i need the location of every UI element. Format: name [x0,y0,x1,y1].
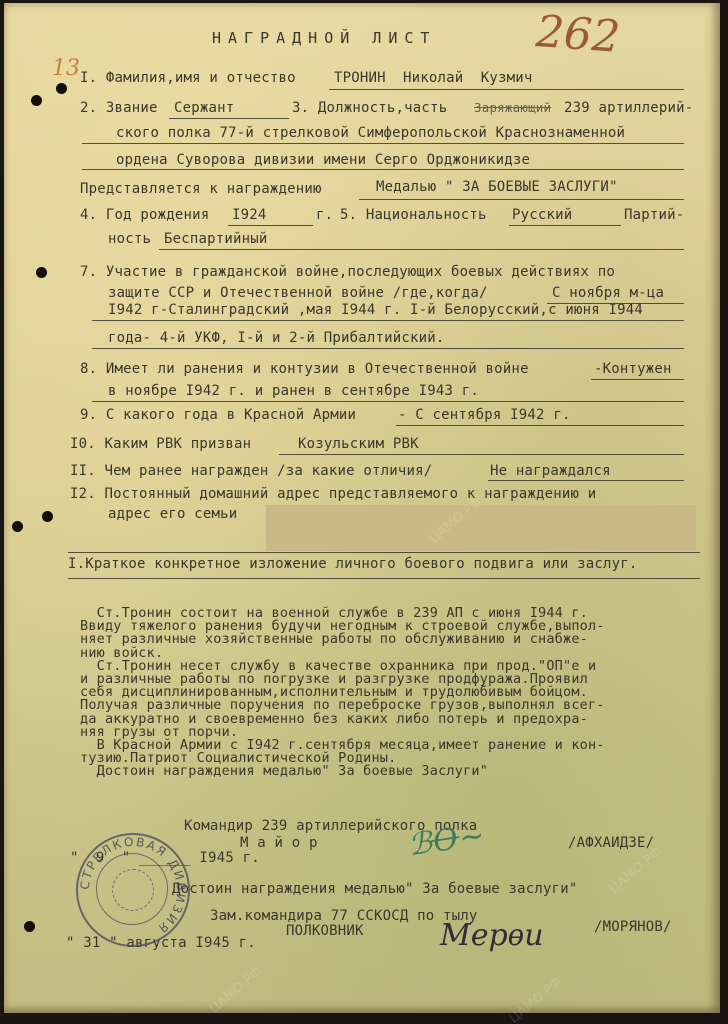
field-12-label-2: адрес его семьи [108,506,237,522]
field-6-label-1: Партий- [624,207,684,223]
redacted-address [266,505,696,551]
field-3-value-1: 239 артиллерий- [564,100,693,116]
deputy-signature: Мерѳи [440,918,544,953]
underline [329,89,684,90]
underline [359,199,684,200]
field-5-label: 5. Национальность [340,207,487,223]
field-1-label: I. Фамилия,имя и отчество [80,70,296,86]
underline [169,118,289,119]
punch-hole [24,921,35,932]
field-3-label: 3. Должность,часть [292,100,447,116]
field-11-value: Не награждался [490,463,611,479]
underline [92,348,684,349]
field-4-suffix: г. [316,207,333,223]
underline [82,169,684,170]
underline [509,225,621,226]
field-6-value: Беспартийный [164,231,268,247]
field-1-value: ТРОНИН Николай Кузмич [334,70,532,86]
field-6-label-2: ность [108,231,151,247]
watermark: ЦАМО.РФ [207,964,265,1016]
margin-mark: 13 [52,56,80,81]
section-heading: I.Краткое конкретное изложение личного б… [68,556,638,572]
division-stamp: СТРЕЛКОВАЯ ДИВИЗИЯ [76,833,190,947]
underline [488,480,684,481]
field-7-value-3: года- 4-й УКФ, I-й и 2-й Прибалтийский. [108,330,445,346]
field-12-label-1: I2. Постоянный домашний адрес представля… [70,486,596,502]
archive-number: 262 [534,6,621,63]
field-4-value: I924 [232,207,267,223]
underline [591,379,684,380]
commander-name: /АФХАИДЗЕ/ [568,835,654,851]
field-8-label: 8. Имеет ли ранения и контузии в Отечест… [80,361,529,377]
field-7-label-2: защите ССР и Отечественной войне /где,ко… [108,285,488,301]
narrative-line: Достоин награждения медалью" За боевые З… [80,765,488,778]
field-7-value-2: I942 г-Сталинградский ,мая I944 г. I-й Б… [108,302,643,318]
underline [92,401,684,402]
award-value: Медалью " ЗА БОЕВЫЕ ЗАСЛУГИ" [376,179,618,195]
award-sheet: 13 262 НАГРАДНОЙ ЛИСТ I. Фамилия,имя и о… [4,3,720,1013]
conclusion: Достоин награждения медалью" За боевые з… [172,881,578,897]
underline [279,454,684,455]
field-2-value: Сержант [174,100,234,116]
punch-hole [42,511,53,522]
emblem-icon [112,869,154,911]
punch-hole [31,95,42,106]
deputy-position: Зам.командира 77 ССКОСД по тылу [210,908,478,924]
underline [396,425,684,426]
field-10-label: I0. Каким РВК призван [70,436,251,452]
field-3-value-2: ского полка 77-й стрелковой Симферопольс… [116,125,625,141]
underline [68,552,700,553]
award-label: Представляется к награждению [80,181,322,197]
field-8-value-2: в ноябре I942 г. и ранен в сентябре I943… [108,383,479,399]
underline [82,143,684,144]
field-3-struck: Заряжающий [474,100,551,115]
punch-hole [36,267,47,278]
field-4-label: 4. Год рождения [80,207,209,223]
commander-rank: М а й о р [240,835,318,851]
punch-hole [12,521,23,532]
punch-hole [56,83,67,94]
field-9-value: - С сентября I942 г. [398,407,571,423]
field-5-value: Русский [512,207,572,223]
underline [159,249,684,250]
underline [228,225,313,226]
document-title: НАГРАДНОЙ ЛИСТ [212,29,436,47]
field-7-value-1: С ноября м-ца [552,285,664,301]
field-8-value-1: -Контужен [594,361,672,377]
underline [68,578,700,579]
deputy-rank: ПОЛКОВНИК [286,923,364,939]
deputy-name: /МОРЯНОВ/ [594,919,672,935]
field-7-label-1: 7. Участие в гражданской войне,последующ… [80,264,615,280]
field-11-label: II. Чем ранее награжден /за какие отличи… [70,463,432,479]
field-10-value: Козульским РВК [298,436,419,452]
underline [92,320,684,321]
field-3-value-3: ордена Суворова дивизии имени Серго Ордж… [116,152,530,168]
watermark: ЦАМО.РФ [607,844,665,896]
field-2-label: 2. Звание [80,100,158,116]
watermark: ЦАМО.РФ [507,974,565,1024]
field-9-label: 9. С какого года в Красной Армии [80,407,356,423]
